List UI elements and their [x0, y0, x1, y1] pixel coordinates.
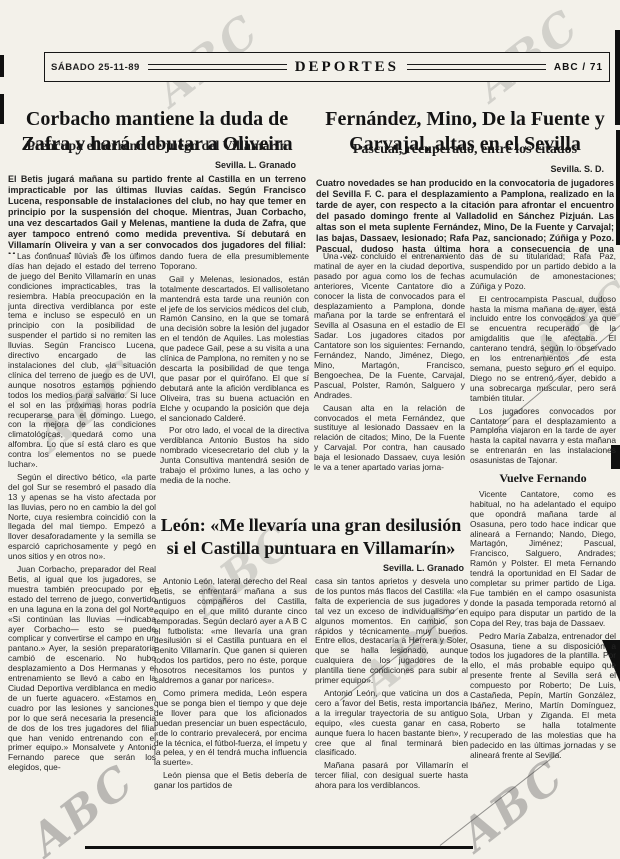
rule-line [148, 64, 287, 70]
leon-article: León: «Me llevaría una gran desilusión s… [154, 514, 468, 839]
paragraph: Antonio León, lateral derecho del Real B… [154, 577, 307, 686]
paragraph: das de su titularidad; Rafa Paz, suspend… [470, 252, 616, 292]
paragraph: Una vez concluido el entrenamiento matin… [314, 252, 465, 401]
sevilla-column-2: das de su titularidad; Rafa Paz, suspend… [470, 252, 616, 852]
betis-column-2: dando fuera de ella presumiblemente Topo… [160, 252, 309, 510]
scan-artifact [0, 94, 4, 124]
sevilla-lead: Cuatro novedades se han producido en la … [316, 178, 614, 258]
paragraph: Gail y Melenas, lesionados, están totalm… [160, 275, 309, 424]
newspaper-page: ABC ABC ABC ABC ABC ABC ABC ABC SÁBADO 2… [0, 0, 620, 859]
rule-line [407, 64, 546, 70]
leon-column-1: Antonio León, lateral derecho del Real B… [154, 577, 307, 839]
paragraph: Los jugadores convocados por Cantatore p… [470, 407, 616, 466]
date-label: SÁBADO 25-11-89 [51, 62, 140, 73]
crosshead-vuelve-fernando: Vuelve Fernando [470, 474, 616, 484]
betis-byline: Sevilla. L. Granado [6, 160, 296, 170]
scan-artifact [616, 130, 620, 245]
leon-byline: Sevilla. L. Granado [154, 563, 468, 573]
leon-headline: León: «Me llevaría una gran desilusión s… [154, 514, 468, 560]
paragraph: Juan Corbacho, preparador del Real Betis… [8, 565, 156, 773]
sevilla-byline: Sevilla. S. D. [314, 164, 604, 174]
paragraph: Por otro lado, el vocal de la directiva … [160, 426, 309, 485]
paragraph: Según el directivo bético, «la parte del… [8, 473, 156, 562]
paragraph: Vicente Cantatore, como es habitual, no … [470, 490, 616, 629]
sevilla-column-1: Una vez concluido el entrenamiento matin… [314, 252, 465, 510]
paragraph: Mañana pasará por Villamarín el tercer f… [315, 761, 468, 791]
betis-subhead: Preocupa el terreno de juego del Villama… [6, 139, 308, 155]
paragraph: Las continuas lluvias de los últimos día… [8, 252, 156, 470]
leon-column-2: casa sin tantos aprietos y desvela uno d… [315, 577, 468, 839]
paragraph: Causan alta en la relación de convocados… [314, 404, 465, 473]
paragraph: El centrocampista Pascual, dudoso hasta … [470, 295, 616, 404]
page-number: ABC / 71 [554, 62, 603, 73]
scan-artifact [0, 55, 4, 77]
paragraph: dando fuera de ella presumiblemente Topo… [160, 252, 309, 272]
paragraph: casa sin tantos aprietos y desvela uno d… [315, 577, 468, 686]
sevilla-subhead: Pascual, recuperado, entre los citados [314, 142, 616, 158]
paragraph: Antonio León, que vaticina un dos a cero… [315, 689, 468, 758]
betis-lead: El Betis jugará mañana su partido frente… [8, 174, 306, 254]
betis-column-1: Las continuas lluvias de los últimos día… [8, 252, 156, 852]
paragraph: León piensa que el Betis debería de gana… [154, 771, 307, 791]
masthead: SÁBADO 25-11-89 DEPORTES ABC / 71 [44, 52, 610, 82]
paragraph: Pedro María Zabalza, entrenador del Osas… [470, 632, 616, 761]
section-title: DEPORTES [295, 59, 399, 76]
paragraph: Como primera medida, León espera que se … [154, 689, 307, 768]
